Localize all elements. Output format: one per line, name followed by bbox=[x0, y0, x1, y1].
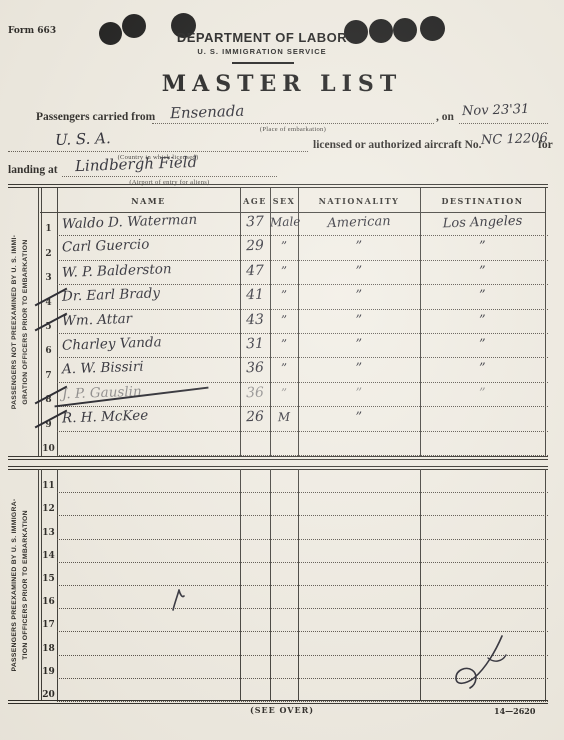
print-code: 14—2620 bbox=[494, 706, 535, 716]
destination-cell: ” bbox=[420, 335, 545, 354]
sex-cell: M bbox=[270, 410, 298, 425]
passenger-row-17: 17 bbox=[40, 609, 545, 632]
table-bottom-border bbox=[8, 700, 548, 704]
header-nationality: NATIONALITY bbox=[298, 196, 420, 206]
row-number: 1 bbox=[40, 224, 57, 234]
passenger-row-15: 15 bbox=[40, 563, 545, 586]
section1-sidebar-line2: GRATION OFFICERS PRIOR TO EMBARKATION bbox=[21, 192, 32, 452]
nationality-cell: ” bbox=[298, 310, 420, 329]
nationality-cell: ” bbox=[298, 384, 420, 403]
sex-cell: ” bbox=[270, 288, 298, 303]
sex-cell: ” bbox=[270, 385, 298, 400]
rows-section-1: 1Waldo D. Waterman37MaleAmericanLos Ange… bbox=[40, 212, 545, 456]
sex-cell: ” bbox=[270, 239, 298, 254]
aircraft-label: licensed or authorized aircraft No. bbox=[313, 139, 482, 151]
name-cell: Waldo D. Waterman bbox=[62, 212, 198, 233]
sex-cell: ” bbox=[270, 336, 298, 351]
service-subtitle: U. S. IMMIGRATION SERVICE bbox=[162, 47, 362, 56]
country-field-line bbox=[8, 132, 308, 152]
passenger-row-12: 12 bbox=[40, 493, 545, 516]
row-number: 10 bbox=[40, 444, 57, 454]
age-cell: 37 bbox=[240, 213, 271, 230]
passenger-row-11: 11 bbox=[40, 470, 545, 493]
age-cell: 47 bbox=[240, 262, 271, 279]
header-age: AGE bbox=[240, 196, 270, 206]
for-label: for bbox=[538, 139, 553, 151]
nationality-cell: ” bbox=[298, 408, 420, 427]
row-number: 13 bbox=[40, 528, 57, 538]
name-cell: Carl Guercio bbox=[62, 237, 150, 256]
column-divider bbox=[38, 469, 39, 701]
ink-blot-dot bbox=[393, 18, 417, 42]
nationality-cell: ” bbox=[298, 262, 420, 281]
passenger-row-3: 3W. P. Balderston47””” bbox=[40, 261, 545, 285]
landing-label: landing at bbox=[8, 164, 58, 176]
country-value: U. S. A. bbox=[55, 129, 111, 149]
carried-from-label: Passengers carried from bbox=[36, 111, 155, 123]
row-number: 17 bbox=[40, 620, 57, 630]
destination-cell: ” bbox=[420, 262, 545, 281]
nationality-cell: ” bbox=[298, 286, 420, 305]
passenger-row-8: 8J. P. Gauslin36””” bbox=[40, 383, 545, 407]
header-name: NAME bbox=[57, 196, 240, 206]
age-cell: 26 bbox=[240, 409, 271, 426]
destination-cell: ” bbox=[420, 384, 545, 403]
age-cell: 29 bbox=[240, 238, 271, 255]
row-number: 15 bbox=[40, 574, 57, 584]
column-divider bbox=[38, 188, 39, 456]
ink-blot-dot bbox=[99, 22, 122, 45]
section2-sidebar-line1: PASSENGERS PREEXAMINED BY U. S. IMMIGRA- bbox=[10, 475, 21, 695]
header-destination: DESTINATION bbox=[420, 196, 545, 206]
see-over-note: (SEE OVER) bbox=[182, 705, 382, 715]
row-number: 3 bbox=[40, 273, 57, 283]
ink-blot-dot bbox=[369, 19, 393, 43]
destination-cell: ” bbox=[420, 286, 545, 305]
nationality-cell: ” bbox=[298, 237, 420, 256]
destination-cell: ” bbox=[420, 310, 545, 329]
name-cell: A. W. Bissiri bbox=[62, 359, 144, 378]
age-cell: 43 bbox=[240, 311, 271, 328]
passenger-row-9: 9R. H. McKee26M” bbox=[40, 407, 545, 431]
column-divider bbox=[545, 188, 546, 456]
nationality-cell: ” bbox=[298, 359, 420, 378]
sex-cell: ” bbox=[270, 361, 298, 376]
section1-bottom-border bbox=[8, 456, 548, 460]
section1-sidebar-line1: PASSENGERS NOT PREEXAMINED BY U. S. IMMI… bbox=[10, 192, 21, 452]
age-cell: 41 bbox=[240, 287, 271, 304]
passenger-row-1: 1Waldo D. Waterman37MaleAmericanLos Ange… bbox=[40, 212, 545, 236]
ink-blot-dot bbox=[122, 14, 146, 38]
destination-cell: ” bbox=[420, 237, 545, 256]
date-value: Nov 23'31 bbox=[462, 102, 530, 119]
row-number: 2 bbox=[40, 249, 57, 259]
sex-cell: Male bbox=[270, 215, 298, 230]
name-cell: Dr. Earl Brady bbox=[62, 285, 161, 304]
on-label: , on bbox=[436, 111, 454, 123]
row-number: 7 bbox=[40, 371, 57, 381]
age-cell: 31 bbox=[240, 335, 271, 352]
name-cell: Wm. Attar bbox=[62, 310, 133, 328]
passenger-row-13: 13 bbox=[40, 516, 545, 539]
destination-cell: ” bbox=[420, 359, 545, 378]
table-header-row: NAME AGE SEX NATIONALITY DESTINATION bbox=[40, 188, 545, 212]
passenger-row-7: 7A. W. Bissiri36””” bbox=[40, 358, 545, 382]
name-cell: R. H. McKee bbox=[62, 408, 149, 427]
destination-cell: Los Angeles bbox=[420, 213, 545, 232]
header-divider-rule bbox=[232, 62, 294, 64]
passenger-row-16: 16 bbox=[40, 586, 545, 609]
embarkation-value: Ensenada bbox=[170, 102, 245, 123]
row-number: 11 bbox=[40, 481, 57, 491]
passenger-row-6: 6Charley Vanda31””” bbox=[40, 334, 545, 358]
stray-pen-scribble bbox=[450, 632, 512, 694]
sex-cell: ” bbox=[270, 312, 298, 327]
row-number: 12 bbox=[40, 504, 57, 514]
stray-pen-mark bbox=[170, 588, 186, 612]
row-number: 14 bbox=[40, 551, 57, 561]
nationality-cell: American bbox=[298, 213, 420, 232]
row-number: 16 bbox=[40, 597, 57, 607]
sex-cell: ” bbox=[270, 263, 298, 278]
page-title: MASTER LIST bbox=[0, 71, 564, 97]
nationality-cell: ” bbox=[298, 335, 420, 354]
section1-sidebar-label: PASSENGERS NOT PREEXAMINED BY U. S. IMMI… bbox=[10, 192, 34, 452]
name-cell: Charley Vanda bbox=[62, 334, 162, 353]
age-cell: 36 bbox=[240, 384, 271, 401]
passenger-row-2: 2Carl Guercio29””” bbox=[40, 236, 545, 260]
department-title: DEPARTMENT OF LABOR bbox=[162, 30, 362, 45]
passenger-row-10: 10 bbox=[40, 432, 545, 456]
passenger-row-4: 4Dr. Earl Brady41””” bbox=[40, 285, 545, 309]
section2-sidebar-line2: TION OFFICERS PRIOR TO EMBARKATION bbox=[21, 475, 32, 695]
name-cell: W. P. Balderston bbox=[62, 261, 172, 281]
section2-sidebar-label: PASSENGERS PREEXAMINED BY U. S. IMMIGRA-… bbox=[10, 475, 34, 695]
master-list-form-page: Form 663 DEPARTMENT OF LABOR U. S. IMMIG… bbox=[0, 0, 564, 740]
header-sex: SEX bbox=[270, 196, 298, 206]
row-number: 18 bbox=[40, 644, 57, 654]
age-cell: 36 bbox=[240, 360, 271, 377]
row-number: 6 bbox=[40, 346, 57, 356]
passenger-row-5: 5Wm. Attar43””” bbox=[40, 310, 545, 334]
row-number: 20 bbox=[40, 690, 57, 700]
ink-blot-dot bbox=[420, 16, 445, 41]
passenger-row-14: 14 bbox=[40, 540, 545, 563]
form-number: Form 663 bbox=[8, 26, 56, 36]
row-number: 19 bbox=[40, 667, 57, 677]
